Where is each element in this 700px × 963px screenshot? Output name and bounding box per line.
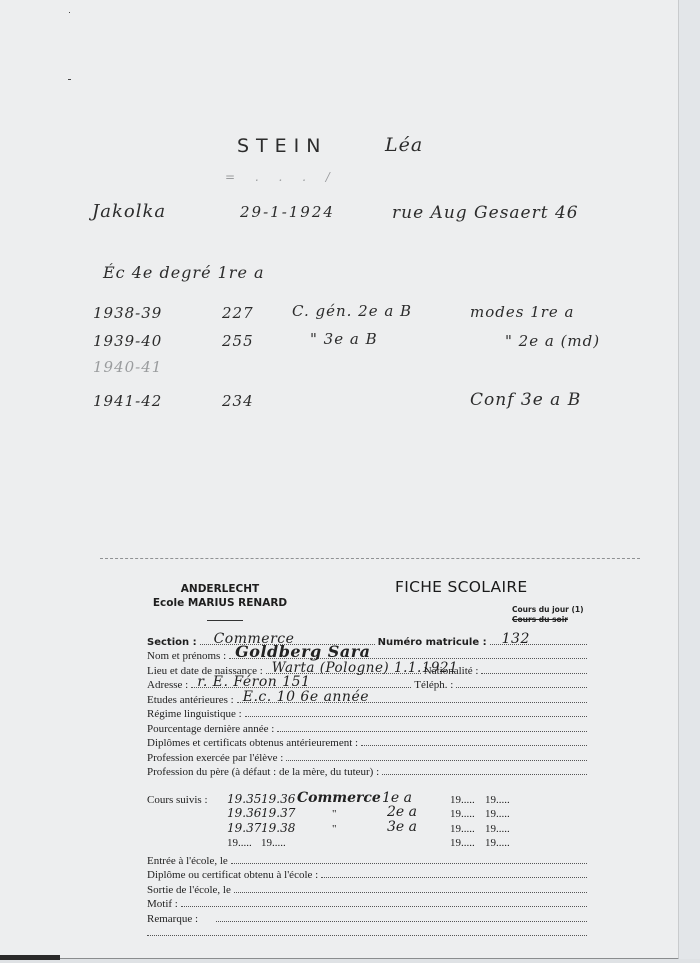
cours-du-soir-struck: Cours du soir [512, 615, 584, 625]
matricule-value: 132 [502, 631, 530, 647]
ink-speck [68, 79, 71, 80]
cours-row-3: 19.37 19.38 " 3e a 19..... 19..... [147, 820, 590, 835]
year-row-2-extra: " 2e a (md) [505, 332, 600, 350]
form-fields: Section : Commerce Numéro matricule : 13… [147, 633, 590, 778]
field-diplome-ecole: Diplôme ou certificat obtenu à l'école : [147, 867, 590, 882]
field-sortie: Sortie de l'école, le [147, 881, 590, 896]
school-name: Ecole MARIUS RENARD [150, 596, 290, 610]
handwritten-birthdate: 29-1-1924 [240, 203, 335, 221]
year-row-2-year: 1939-40 [93, 332, 162, 350]
cours-row-4: 19..... 19..... 19..... 19..... [147, 835, 590, 850]
year-row-2-course: " 3e a B [310, 330, 378, 348]
cours-suivis-label: Cours suivis : [147, 794, 208, 806]
handwritten-birthplace: Jakolka [92, 201, 166, 222]
year-row-4-code: 234 [222, 392, 254, 410]
ink-speck [69, 12, 70, 13]
handwritten-surname: STEIN [237, 135, 328, 157]
cours-du-jour: Cours du jour (1) [512, 605, 584, 615]
field-diplomes: Diplômes et certificats obtenus antérieu… [147, 735, 590, 750]
form-fields-lower: Entrée à l'école, le Diplôme ou certific… [147, 852, 590, 939]
field-motif: Motif : [147, 896, 590, 911]
cours-suivis-table: Cours suivis : 19.35 19.36 Commerce 1e a… [147, 791, 590, 849]
handwritten-firstname: Léa [385, 134, 423, 156]
field-regime: Régime linguistique : [147, 706, 590, 721]
cours-row-2: 19.36 19.37 " 2e a 19..... 19..... [147, 806, 590, 821]
field-etudes: Etudes antérieures : E.c. 10 6e année [147, 691, 590, 706]
handwritten-address: rue Aug Gesaert 46 [392, 203, 579, 223]
scanner-bottom-strip [0, 959, 700, 963]
year-row-1-course: C. gén. 2e a B [292, 302, 412, 320]
dashed-separator [100, 558, 640, 559]
faint-erased-line: = . . . / [225, 170, 338, 184]
year-row-1-code: 227 [222, 304, 254, 322]
field-pourcentage: Pourcentage dernière année : [147, 720, 590, 735]
scanner-background-strip [679, 0, 700, 963]
year-row-4-extra: Conf 3e a B [470, 390, 581, 410]
school-header: ANDERLECHT Ecole MARIUS RENARD [150, 582, 290, 610]
page-corner-shadow [0, 955, 60, 960]
year-row-4-year: 1941-42 [93, 392, 162, 410]
form-title: FICHE SCOLAIRE [395, 578, 527, 596]
cours-row-1: Cours suivis : 19.35 19.36 Commerce 1e a… [147, 791, 590, 806]
handwritten-prior-school: Éc 4e degré 1re a [103, 263, 265, 282]
header-rule [207, 620, 243, 621]
year-row-2-code: 255 [222, 332, 254, 350]
etudes-value: E.c. 10 6e année [243, 689, 369, 705]
field-remarque: Remarque : [147, 910, 590, 925]
field-profession-eleve: Profession exercée par l'élève : [147, 749, 590, 764]
year-row-1-extra: modes 1re a [470, 303, 575, 321]
school-city: ANDERLECHT [150, 582, 290, 596]
field-entree: Entrée à l'école, le [147, 852, 590, 867]
year-row-3-year: 1940-41 [93, 358, 162, 376]
course-type: Cours du jour (1) Cours du soir [512, 605, 584, 625]
year-row-1-year: 1938-39 [93, 304, 162, 322]
field-profession-pere: Profession du père (à défaut : de la mèr… [147, 764, 590, 779]
field-remarque-continued [147, 925, 590, 940]
nom-value: Goldberg Sara [235, 642, 370, 661]
